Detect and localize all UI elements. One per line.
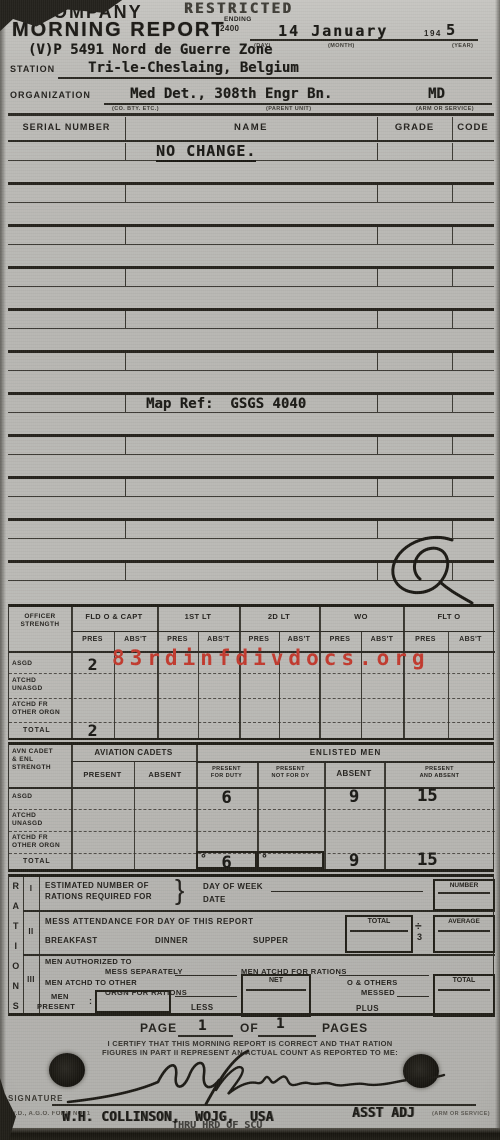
roster-column-divider	[125, 311, 126, 328]
page-no-value: 1	[198, 1018, 206, 1034]
officer-sub-abst: ABS'T	[279, 636, 319, 643]
officer-row-atchd-unasgd-2: UNASGD	[12, 685, 43, 692]
enlisted-strength-table: AVN CADET & ENL STRENGTH AVIATION CADETS…	[8, 742, 494, 872]
section-numeral-1: I	[23, 884, 39, 893]
roster-column-divider	[452, 437, 453, 454]
present-label: PRESENT	[37, 1002, 75, 1011]
enlisted-row-total: TOTAL	[23, 858, 51, 865]
enlisted-row-atchd-unasgd-1: ATCHD	[12, 812, 36, 819]
aviation-cadets-group: AVIATION CADETS	[71, 748, 196, 757]
officer-sub-pres: PRES	[71, 636, 114, 643]
roster-header-divider	[452, 117, 453, 140]
roster-column-divider	[452, 479, 453, 496]
co-bty-note: (CO. BTY. ETC.)	[112, 106, 159, 112]
roster-column-divider	[125, 185, 126, 202]
organization-label: ORGANIZATION	[10, 90, 91, 100]
organization-value: Med Det., 308th Engr Bn.	[130, 86, 332, 102]
rations-letter-i: I	[9, 941, 23, 951]
roster-column-divider	[125, 395, 126, 412]
enlisted-total-absent-value: 9	[324, 851, 384, 871]
officer-row-atchd-fr-1: ATCHD FR	[12, 701, 48, 708]
enlisted-asgd-absent-value: 9	[324, 787, 384, 807]
rations-total-line	[438, 989, 490, 991]
pages-label: PAGES	[322, 1021, 368, 1035]
col-av-present: PRESENT	[71, 770, 134, 779]
section-numeral-3: III	[23, 975, 39, 984]
col-pa-line2: AND ABSENT	[384, 773, 495, 779]
divide-sign: ÷	[415, 919, 422, 933]
roster-col-serial: SERIAL NUMBER	[8, 122, 125, 132]
rations-letter-n: N	[9, 981, 23, 991]
officer-sub-pres: PRES	[157, 636, 198, 643]
roster-column-divider	[125, 353, 126, 370]
roster-row	[8, 479, 494, 497]
roster-column-divider	[377, 143, 378, 160]
typed-officer-title: ASST ADJ	[352, 1106, 415, 1121]
year-note: (YEAR)	[452, 43, 473, 49]
rations-letter-s: S	[9, 1001, 23, 1011]
roster-column-divider	[377, 311, 378, 328]
enlisted-men-group: ENLISTED MEN	[196, 748, 495, 757]
estimated-rations-line1: ESTIMATED NUMBER OF	[45, 881, 149, 890]
atchd-for-line	[339, 975, 429, 976]
morning-report-document: COMPANY RESTRICTED MORNING REPORT ENDING…	[0, 0, 500, 1140]
officer-row-total: TOTAL	[23, 727, 51, 734]
col-av-absent: ABSENT	[134, 770, 196, 779]
rations-letter-divider	[23, 877, 24, 1013]
enlisted-row-atchd-fr-2: OTHER ORGN	[12, 842, 60, 849]
col-pfd-line2: FOR DUTY	[196, 773, 257, 779]
enlisted-asgd-pa-value: 15	[417, 786, 437, 806]
enlisted-row-asgd: ASGD	[12, 793, 32, 800]
page-no-line	[178, 1035, 233, 1037]
certify-line1: I CERTIFY THAT THIS MORNING REPORT IS CO…	[0, 1039, 500, 1048]
enlisted-row-atchd-fr-1: ATCHD FR	[12, 834, 48, 841]
day-of-week-line	[271, 891, 423, 892]
officer-title-line1: OFFICER	[9, 613, 71, 620]
enlisted-total-pfd-value: 6	[196, 853, 257, 873]
station-label: STATION	[10, 64, 55, 74]
group-underline	[71, 761, 196, 762]
day-of-week-label: DAY OF WEEK	[203, 882, 263, 891]
number-box: NUMBER	[433, 879, 495, 911]
year-printed: 194	[424, 29, 442, 38]
orgn-rations-line	[175, 996, 237, 997]
roster-column-divider	[452, 185, 453, 202]
plus-label: PLUS	[356, 1004, 379, 1013]
officer-row-atchd-unasgd-1: ATCHD	[12, 677, 36, 684]
enlisted-row-atchd-unasgd-2: UNASGD	[12, 820, 43, 827]
section-numeral-2: II	[23, 927, 39, 936]
enlisted-title-line1: AVN CADET	[12, 748, 53, 755]
roster-header-divider	[377, 117, 378, 140]
total-pnfd-mark: °	[261, 852, 268, 865]
roster-row	[8, 311, 494, 329]
officer-group-wo: WO	[319, 612, 403, 621]
table-divider	[71, 745, 73, 869]
roster-column-divider	[125, 563, 126, 580]
roster-column-divider	[452, 311, 453, 328]
officer-sub-abst: ABS'T	[114, 636, 157, 643]
officer-group-2dlt: 2D LT	[239, 612, 319, 621]
rations-letter-a: A	[9, 901, 23, 911]
roster-column-divider	[377, 395, 378, 412]
col-pnfd-line1: PRESENT	[257, 766, 324, 772]
right-edge-shade	[495, 0, 500, 1140]
roster-row	[8, 227, 494, 245]
roster-column-divider	[452, 269, 453, 286]
rations-total-label: TOTAL	[435, 977, 493, 984]
messed-line	[397, 996, 429, 997]
roster-column-divider	[452, 143, 453, 160]
roster-column-divider	[125, 227, 126, 244]
enlisted-total-pa-value: 15	[417, 850, 437, 870]
mess-total-box: TOTAL	[345, 915, 413, 953]
roster-column-divider	[452, 353, 453, 370]
restricted-stamp: RESTRICTED	[184, 1, 293, 17]
parent-unit-note: (PARENT UNIT)	[266, 106, 311, 112]
rations-numeral-divider	[39, 877, 40, 1013]
roster-column-divider	[125, 479, 126, 496]
officer-row-atchd-fr-2: OTHER ORGN	[12, 709, 60, 716]
station-underline	[58, 77, 492, 79]
roster-column-divider	[377, 521, 378, 538]
left-edge-shade	[0, 0, 6, 1140]
present-colon: :	[89, 996, 92, 1006]
section-divider	[23, 954, 495, 956]
rations-letter-r: R	[9, 881, 23, 891]
o-and-others-line1: O & OTHERS	[347, 978, 398, 987]
roster-column-divider	[377, 185, 378, 202]
men-present-box	[95, 990, 171, 1013]
roster-column-divider	[452, 395, 453, 412]
roster-header-divider	[125, 117, 126, 140]
o-and-others-line2: MESSED	[361, 988, 395, 997]
roster-col-code: CODE	[452, 122, 494, 133]
number-box-label: NUMBER	[435, 882, 493, 889]
arm-service-footnote: (ARM OR SERVICE)	[432, 1111, 490, 1117]
roster-column-divider	[125, 269, 126, 286]
net-box-line	[246, 989, 306, 991]
less-label: LESS	[191, 1003, 214, 1012]
col-pnfd-line2: NOT FOR DY	[257, 773, 324, 779]
handwritten-signature	[60, 1048, 460, 1110]
roster-column-divider	[452, 227, 453, 244]
enlisted-title-line2: & ENL	[12, 756, 34, 763]
bottom-edge-band	[0, 1128, 500, 1140]
roster-row	[8, 269, 494, 287]
roster-col-grade: GRADE	[377, 122, 452, 133]
rations-total-box: TOTAL	[433, 974, 495, 1017]
row-separator	[9, 698, 495, 699]
arm-service-note: (ARM OR SERVICE)	[416, 106, 474, 112]
brace-glyph: }	[175, 874, 185, 906]
map-ref-entry: Map Ref: GSGS 4040	[146, 396, 306, 412]
roster-column-divider	[125, 143, 126, 160]
officer-group-fldo: FLD O & CAPT	[71, 612, 157, 621]
year-underline	[420, 39, 478, 41]
men-label: MEN	[51, 992, 69, 1001]
enlisted-asgd-pfd-value: 6	[196, 788, 257, 808]
col-pa-line1: PRESENT	[384, 766, 495, 772]
no-change-entry: NO CHANGE.	[156, 142, 256, 162]
arm-service-value: MD	[428, 86, 445, 102]
supper-label: SUPPER	[253, 936, 288, 945]
officer-sub-abst: ABS'T	[198, 636, 239, 643]
pages-no-value: 1	[276, 1016, 284, 1032]
officer-strength-table: OFFICER STRENGTH FLD O & CAPT 1ST LT 2D …	[8, 604, 494, 740]
station-value: Tri-le-Cheslaing, Belgium	[88, 60, 299, 76]
of-label: OF	[240, 1021, 259, 1035]
officer-row-asgd: ASGD	[12, 660, 32, 667]
men-atchd-other-line1: MEN ATCHD TO OTHER	[45, 978, 137, 987]
officer-total-fld-pres-value: 2	[71, 721, 114, 740]
net-box: NET	[241, 974, 311, 1017]
mess-total-label: TOTAL	[347, 918, 411, 925]
average-box-line	[438, 930, 490, 932]
roster-column-divider	[377, 227, 378, 244]
row-separator	[9, 831, 495, 832]
officer-sub-pres: PRES	[319, 636, 361, 643]
map-zone-value: (V)P 5491 Nord de Guerre Zone	[28, 42, 272, 58]
roster-column-divider	[377, 479, 378, 496]
section-divider	[23, 910, 495, 912]
rations-letter-t: T	[9, 921, 23, 931]
year-typed: 5	[446, 21, 455, 39]
officer-title-line2: STRENGTH	[9, 621, 71, 628]
roster-top-border	[8, 113, 494, 116]
roster-row	[8, 437, 494, 455]
group-underline	[196, 761, 495, 763]
officer-asgd-fld-pres-value: 2	[71, 655, 114, 674]
row-separator	[9, 809, 495, 810]
roster-column-divider	[377, 353, 378, 370]
watermark-text: 83rdinfdivdocs.org	[112, 646, 430, 670]
officer-sub-abst: ABS'T	[448, 636, 493, 643]
dinner-label: DINNER	[155, 936, 188, 945]
pages-no-line	[258, 1035, 316, 1037]
mess-total-line	[350, 930, 408, 932]
officer-group-1stlt: 1ST LT	[157, 612, 239, 621]
mess-sep-line	[175, 975, 237, 976]
officer-sub-pres: PRES	[239, 636, 279, 643]
rations-section: R A T I O N S I II III ESTIMATED NUMBER …	[8, 874, 494, 1016]
estimated-rations-line2: RATIONS REQUIRED FOR	[45, 892, 152, 901]
net-box-label: NET	[243, 977, 309, 984]
roster-column-divider	[377, 563, 378, 580]
average-box-label: AVERAGE	[435, 918, 493, 925]
officer-sub-abst: ABS'T	[361, 636, 403, 643]
date-ration-label: DATE	[203, 895, 226, 904]
average-box: AVERAGE	[433, 915, 495, 953]
officer-sub-pres: PRES	[403, 636, 448, 643]
date-value: 14 January	[278, 22, 388, 40]
organization-underline	[104, 103, 492, 105]
rations-letter-o: O	[9, 961, 23, 971]
page-label: PAGE	[140, 1021, 177, 1035]
roster-column-divider	[377, 437, 378, 454]
roster-row	[8, 185, 494, 203]
roster-col-name: NAME	[125, 122, 377, 133]
roster-column-divider	[377, 269, 378, 286]
ending-time: 2400	[220, 24, 239, 33]
roster-row	[8, 353, 494, 371]
col-pfd-line1: PRESENT	[196, 766, 257, 772]
report-title: MORNING REPORT	[12, 19, 226, 42]
men-authorized-line2: MESS SEPARATELY	[105, 967, 183, 976]
month-note: (MONTH)	[328, 43, 355, 49]
handwritten-loop-mark	[382, 532, 477, 607]
number-box-line	[438, 892, 490, 894]
men-authorized-line1: MEN AUTHORIZED TO	[45, 957, 132, 966]
officer-group-flto: FLT O	[403, 612, 495, 621]
divide-three: 3	[417, 932, 422, 942]
enlisted-title-line3: STRENGTH	[12, 764, 51, 771]
ending-label: ENDING	[224, 16, 252, 23]
mess-attendance-title: MESS ATTENDANCE FOR DAY OF THIS REPORT	[45, 917, 254, 926]
roster-column-divider	[125, 437, 126, 454]
signature-label: SIGNATURE	[8, 1094, 64, 1103]
roster-column-divider	[125, 521, 126, 538]
breakfast-label: BREAKFAST	[45, 936, 98, 945]
col-en-absent: ABSENT	[324, 769, 384, 778]
group-underline	[71, 631, 495, 632]
